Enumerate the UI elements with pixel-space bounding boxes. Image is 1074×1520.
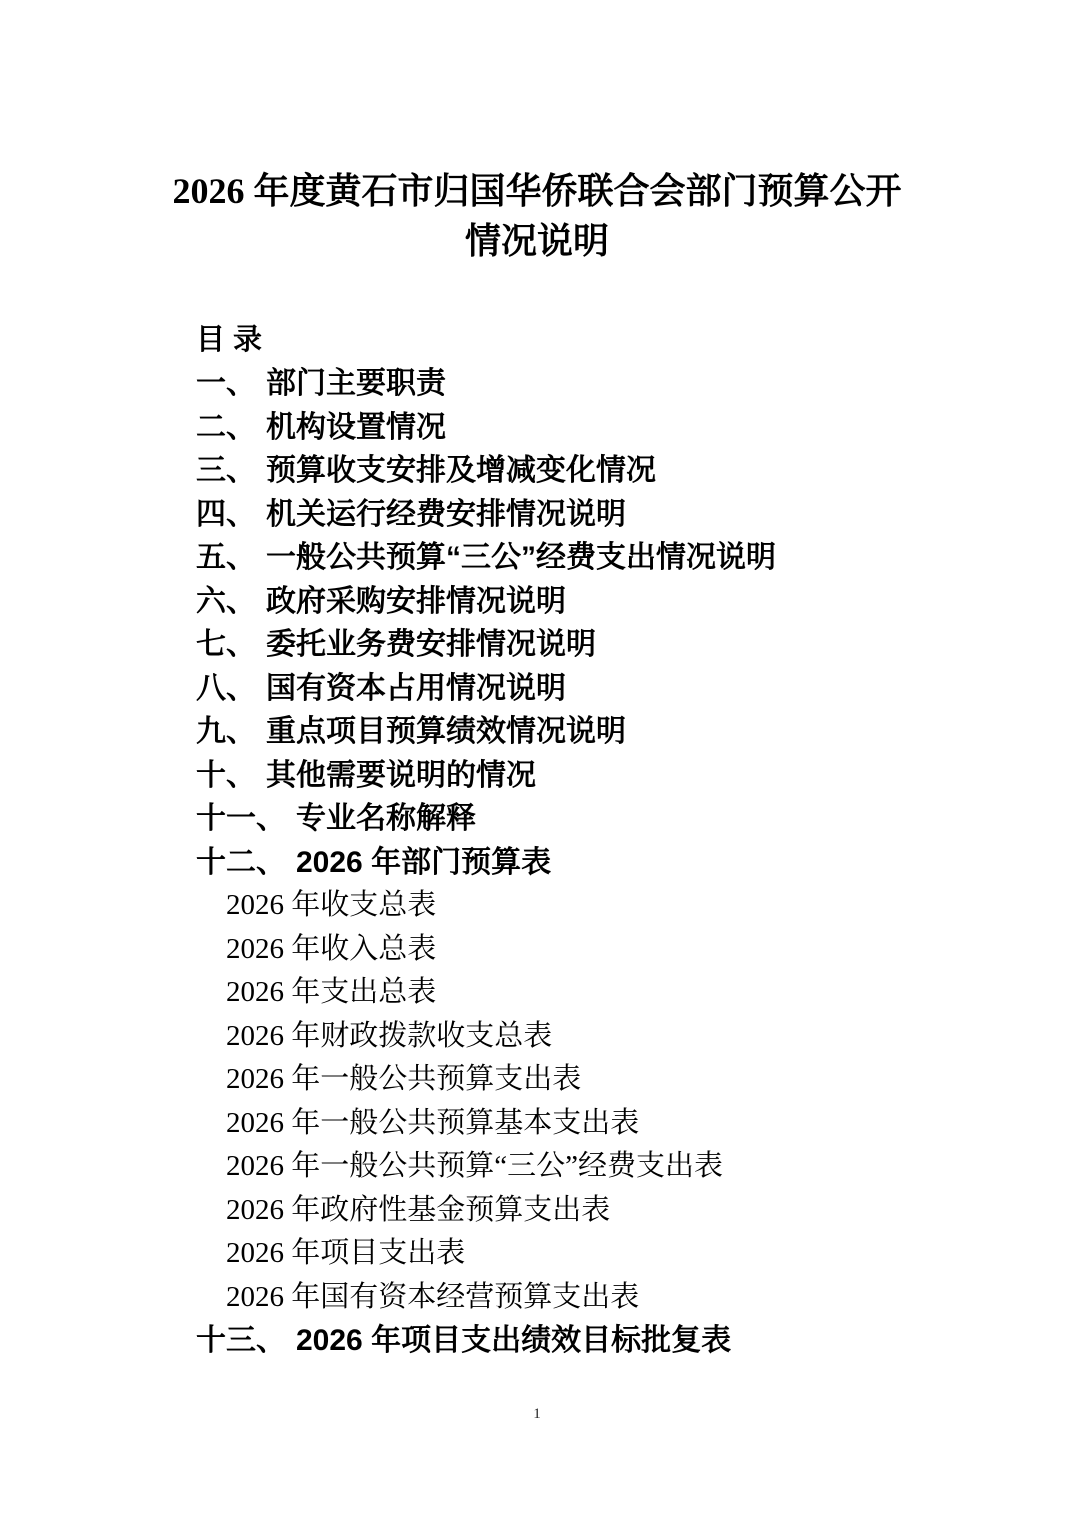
toc-item-label: 2026 年部门预算表: [296, 841, 551, 885]
toc-item-label: 其他需要说明的情况: [266, 754, 536, 798]
toc-sub-item: 2026 年项目支出表: [196, 1232, 974, 1276]
toc-item-label: 2026 年财政拨款收支总表: [226, 1015, 552, 1059]
toc-item-number: 三、: [196, 449, 256, 493]
toc-sub-item: 2026 年财政拨款收支总表: [196, 1015, 974, 1059]
toc-item: 六、 政府采购安排情况说明: [196, 580, 974, 624]
toc-sub-item: 2026 年一般公共预算支出表: [196, 1058, 974, 1102]
toc-item-number: 一、: [196, 362, 256, 406]
toc-sub-item: 2026 年一般公共预算“三公”经费支出表: [196, 1145, 974, 1189]
toc-item-number: 十、: [196, 754, 256, 798]
toc-item-label: 预算收支安排及增减变化情况: [266, 449, 656, 493]
toc-item-number: 五、: [196, 536, 256, 580]
document-title-line-1: 2026 年度黄石市归国华侨联合会部门预算公开: [0, 166, 1074, 216]
document-page: 2026 年度黄石市归国华侨联合会部门预算公开 情况说明 目 录 一、 部门主要…: [0, 0, 1074, 1520]
toc-item: 三、 预算收支安排及增减变化情况: [196, 449, 974, 493]
toc-item: 九、 重点项目预算绩效情况说明: [196, 710, 974, 754]
toc-item-label: 2026 年国有资本经营预算支出表: [226, 1276, 639, 1320]
toc-item: 五、 一般公共预算“三公”经费支出情况说明: [196, 536, 974, 580]
toc-item-label: 2026 年政府性基金预算支出表: [226, 1189, 610, 1233]
toc-item-label: 机关运行经费安排情况说明: [266, 493, 626, 537]
toc-item: 十二、 2026 年部门预算表: [196, 841, 974, 885]
toc-list: 一、 部门主要职责 二、 机构设置情况 三、 预算收支安排及增减变化情况 四、 …: [196, 362, 974, 1363]
toc-sub-item: 2026 年收入总表: [196, 928, 974, 972]
toc-item-number: 八、: [196, 667, 256, 711]
toc-item-number: 九、: [196, 710, 256, 754]
toc-item: 八、 国有资本占用情况说明: [196, 667, 974, 711]
toc-item: 十三、 2026 年项目支出绩效目标批复表: [196, 1319, 974, 1363]
toc-item-label: 2026 年支出总表: [226, 971, 436, 1015]
toc-item-number: 十三、: [196, 1319, 286, 1363]
toc-item-label: 2026 年收入总表: [226, 928, 436, 972]
toc-sub-item: 2026 年收支总表: [196, 884, 974, 928]
toc-item-label: 国有资本占用情况说明: [266, 667, 566, 711]
toc-item: 一、 部门主要职责: [196, 362, 974, 406]
document-title: 2026 年度黄石市归国华侨联合会部门预算公开 情况说明: [0, 0, 1074, 266]
toc-item-label: 委托业务费安排情况说明: [266, 623, 596, 667]
toc-item-label: 部门主要职责: [266, 362, 446, 406]
toc-item-label: 2026 年一般公共预算基本支出表: [226, 1102, 639, 1146]
toc-item: 二、 机构设置情况: [196, 406, 974, 450]
toc-item: 十、 其他需要说明的情况: [196, 754, 974, 798]
toc-sub-item: 2026 年政府性基金预算支出表: [196, 1189, 974, 1233]
toc-sub-item: 2026 年国有资本经营预算支出表: [196, 1276, 974, 1320]
toc-item-label: 重点项目预算绩效情况说明: [266, 710, 626, 754]
toc-sub-item: 2026 年一般公共预算基本支出表: [196, 1102, 974, 1146]
document-title-line-2: 情况说明: [0, 216, 1074, 266]
table-of-contents: 目 录 一、 部门主要职责 二、 机构设置情况 三、 预算收支安排及增减变化情况…: [0, 318, 1074, 1363]
toc-item-number: 四、: [196, 493, 256, 537]
toc-item-label: 2026 年一般公共预算“三公”经费支出表: [226, 1145, 723, 1189]
toc-item-number: 二、: [196, 406, 256, 450]
toc-sub-item: 2026 年支出总表: [196, 971, 974, 1015]
toc-item: 四、 机关运行经费安排情况说明: [196, 493, 974, 537]
toc-item: 七、 委托业务费安排情况说明: [196, 623, 974, 667]
page-number: 1: [0, 1406, 1074, 1423]
toc-item-label: 2026 年项目支出表: [226, 1232, 465, 1276]
toc-item-number: 六、: [196, 580, 256, 624]
toc-item-label: 一般公共预算“三公”经费支出情况说明: [266, 536, 776, 580]
toc-item: 十一、 专业名称解释: [196, 797, 974, 841]
toc-item-label: 2026 年一般公共预算支出表: [226, 1058, 581, 1102]
toc-item-label: 机构设置情况: [266, 406, 446, 450]
toc-item-label: 专业名称解释: [296, 797, 476, 841]
toc-item-number: 十二、: [196, 841, 286, 885]
toc-item-number: 十一、: [196, 797, 286, 841]
toc-item-number: 七、: [196, 623, 256, 667]
toc-item-label: 2026 年项目支出绩效目标批复表: [296, 1319, 731, 1363]
toc-item-label: 政府采购安排情况说明: [266, 580, 566, 624]
toc-heading: 目 录: [196, 318, 974, 362]
toc-item-label: 2026 年收支总表: [226, 884, 436, 928]
